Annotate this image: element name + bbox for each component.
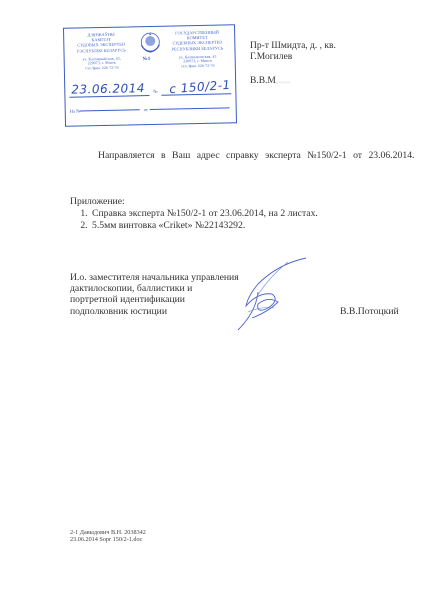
- stamp-address: ул. Казінарыйская, 43, 220073, г. Мінск …: [71, 56, 133, 71]
- addressee-block: Пр-т Шмидта, д. , кв. Г.Могилев В.В.М...…: [250, 41, 336, 87]
- addressee-name-visible: В.В.М: [250, 76, 276, 86]
- footer-file-reference: 23.06.2014 Sopr 150/2-1.doc: [70, 536, 146, 543]
- handwritten-date: 23.06.2014: [71, 81, 145, 97]
- attachments-list: Справка эксперта №150/2-1 от 23.06.2014,…: [70, 208, 318, 232]
- handwritten-signature-icon: [228, 252, 308, 332]
- signature-title-block: И.о. заместителя начальника управления д…: [70, 272, 239, 317]
- addressee-city: Г.Могилев: [250, 52, 336, 63]
- stamp-text: тел./факс 226-72-76: [167, 63, 229, 69]
- signer-title-line: подполковник юстиции: [70, 306, 239, 317]
- stamp-no-label: №: [153, 89, 157, 94]
- stamp-na-line: [80, 109, 140, 111]
- letter-body: Направляется в Ваш адрес справку эксперт…: [70, 150, 428, 162]
- stamp-text: РЭСПУБЛІКІ БЕЛАРУСЬ: [70, 47, 132, 54]
- stamp-text: тэл./факс 226-72-76: [71, 65, 133, 71]
- stamp-text: РЕСПУБЛИКИ БЕЛАРУСЬ: [166, 45, 228, 52]
- stamp-russian-header: ГОСУДАРСТВЕННЫЙ КОМИТЕТ СУДЕБНЫХ ЭКСПЕРТ…: [166, 29, 229, 69]
- attachments-heading: Приложение:: [70, 196, 318, 208]
- body-paragraph: Направляется в Ваш адрес справку эксперт…: [70, 150, 428, 162]
- stamp-ot-label: от: [144, 107, 148, 112]
- addressee-name-redacted: ......: [276, 76, 290, 86]
- state-emblem-icon: [138, 31, 162, 53]
- stamp-address: ул. Калинаровская, 43 220073, г. Минск т…: [167, 54, 229, 69]
- signer-title-line: портретной идентификации: [70, 294, 239, 305]
- stamp-number: №1: [143, 57, 151, 62]
- attachments-section: Приложение: Справка эксперта №150/2-1 от…: [70, 196, 318, 232]
- attachment-item: Справка эксперта №150/2-1 от 23.06.2014,…: [90, 208, 318, 220]
- signer-title-line: дактилоскопии, баллистики и: [70, 283, 239, 294]
- signer-title-line: И.о. заместителя начальника управления: [70, 272, 239, 283]
- footer-executor: 2-1 Давыдович В.Н. 2038342: [70, 529, 146, 536]
- stamp-ot-line: [150, 107, 230, 110]
- addressee-name: В.В.М......: [250, 76, 336, 87]
- addressee-street: Пр-т Шмидта, д. , кв.: [250, 41, 336, 52]
- stamp-belarusian-header: ДЗЯРЖАЎНЫ КАМІТЭТ СУДОВЫХ ЭКСПЕРТЫЗ РЭСП…: [70, 31, 133, 71]
- document-footer: 2-1 Давыдович В.Н. 2038342 23.06.2014 So…: [70, 529, 146, 544]
- registration-stamp: ДЗЯРЖАЎНЫ КАМІТЭТ СУДОВЫХ ЭКСПЕРТЫЗ РЭСП…: [63, 24, 237, 127]
- signer-name: В.В.Потоцкий: [340, 306, 399, 317]
- attachment-item: 5.5мм винтовка «Criket» №22143292.: [90, 220, 318, 232]
